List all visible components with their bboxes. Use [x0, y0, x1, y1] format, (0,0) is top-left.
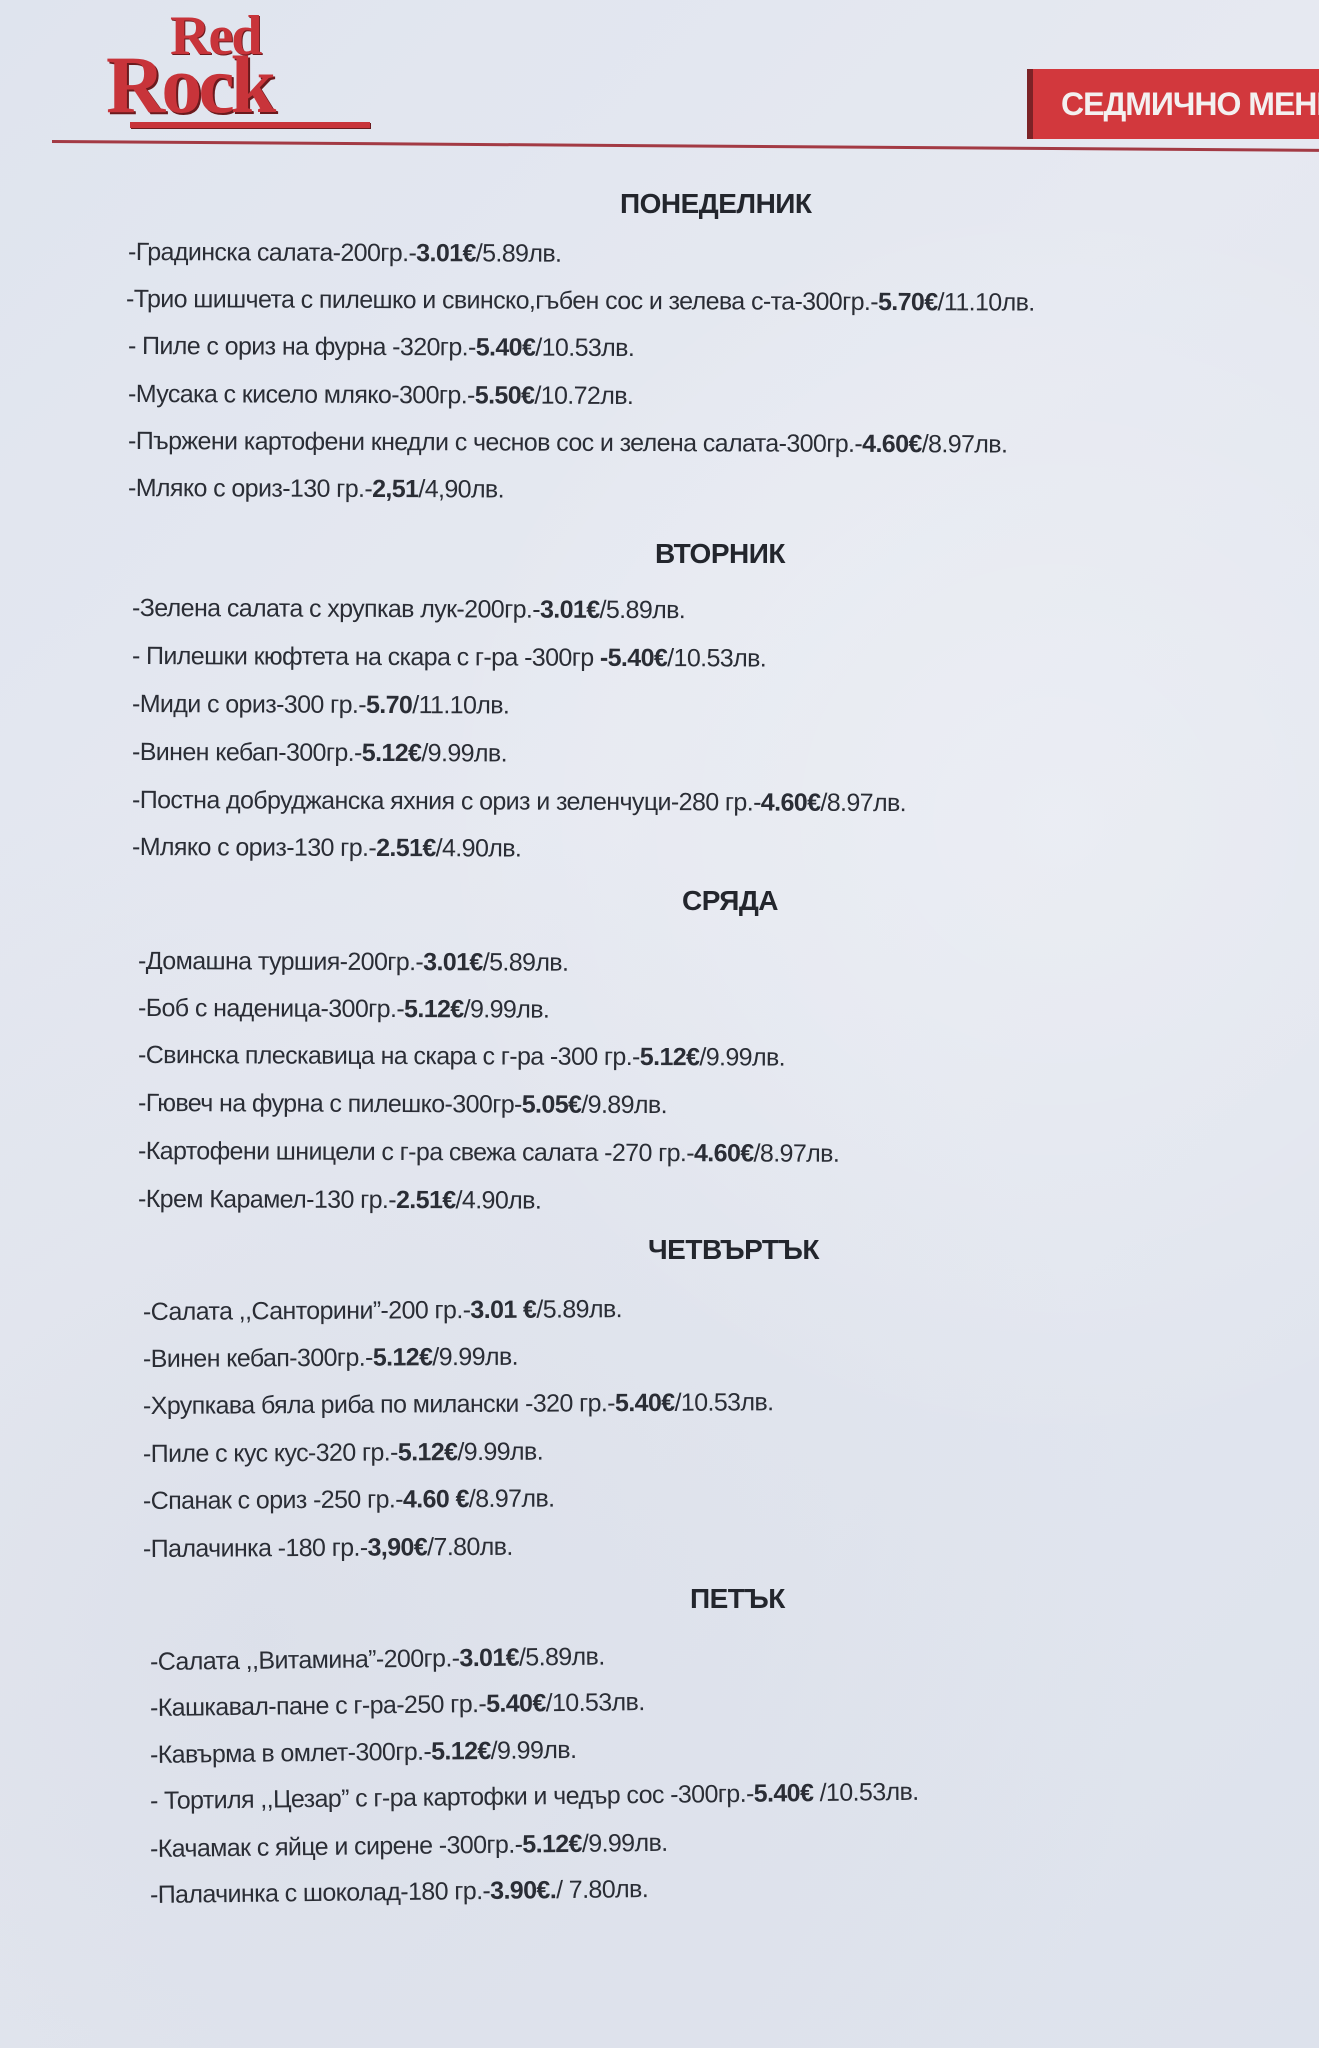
- price-bgn: /4,90лв.: [418, 475, 504, 503]
- price-bgn: /5.89лв.: [476, 239, 562, 267]
- day-title: СРЯДА: [682, 885, 778, 917]
- menu-item: -Боб с наденица-300гр.-5.12€/9.99лв.: [138, 994, 549, 1025]
- menu-item: -Салата ,,Санторини”-200 гр.-3.01 €/5.89…: [143, 1295, 622, 1327]
- menu-item: -Качамак с яйце и сирене -300гр.-5.12€/9…: [150, 1829, 668, 1864]
- menu-header: Red Rock СЕДМИЧНО МЕНЮ: [0, 0, 1319, 145]
- price-bgn: /5.89лв.: [600, 596, 686, 624]
- menu-item: -Кашкавал-пане с г-ра-250 гр.-5.40€/10.5…: [150, 1688, 645, 1723]
- logo-rock-text: Rock: [106, 38, 272, 132]
- price-bgn: /5.89лв.: [483, 948, 569, 976]
- price-eur: 4.60€: [862, 430, 922, 458]
- header-divider: [52, 140, 1319, 152]
- price-eur: 5.12€: [362, 739, 422, 767]
- dish-name: - Пилешки кюфтета на скара с г-ра -300гр: [132, 642, 600, 672]
- price-bgn: /11.10лв.: [938, 288, 1035, 316]
- price-bgn: /8.97лв.: [922, 430, 1008, 458]
- dish-name: -Мляко с ориз-130 гр.-: [132, 833, 376, 862]
- dish-name: -Боб с наденица-300гр.-: [138, 994, 404, 1023]
- price-bgn: /9.99лв.: [699, 1043, 785, 1071]
- price-bgn: /4.90лв.: [436, 834, 522, 862]
- dish-name: -Пиле с кус кус-320 гр.-: [143, 1438, 398, 1468]
- price-eur: 4.60 €: [403, 1485, 469, 1513]
- price-bgn: /8.97лв.: [754, 1139, 840, 1167]
- menu-item: -Картофени шницели с г-ра свежа салата -…: [138, 1137, 839, 1169]
- menu-item: -Палачинка -180 гр.-3,90€/7.80лв.: [143, 1533, 513, 1564]
- dish-name: -Кашкавал-пане с г-ра-250 гр.-: [150, 1690, 486, 1722]
- price-eur: 3.01 €: [470, 1296, 536, 1324]
- dish-name: -Мусака с кисело мляко-300гр.-: [128, 380, 475, 409]
- dish-name: -Свинска плескавица на скара с г-ра -300…: [138, 1041, 640, 1071]
- price-eur: 5.70: [366, 691, 412, 719]
- price-eur: 4.60€: [694, 1139, 754, 1167]
- dish-name: -Постна добруджанска яхния с ориз и зеле…: [132, 786, 761, 817]
- price-eur: 5.40€: [486, 1689, 546, 1718]
- dish-name: -Хрупкава бяла риба по милански -320 гр.…: [143, 1389, 615, 1420]
- price-bgn: /10.53лв.: [667, 644, 766, 672]
- dish-name: - Тортиля ,,Цезар” с г-ра картофки и чед…: [150, 1780, 754, 1815]
- menu-item: - Пиле с ориз на фурна -320гр.-5.40€/10.…: [128, 332, 634, 363]
- red-rock-logo: Red Rock: [100, 4, 370, 129]
- menu-item: -Пържени картофени кнедли с чеснов сос и…: [128, 427, 1007, 460]
- dish-name: -Палачинка с шоколад-180 гр.-: [150, 1877, 491, 1909]
- dish-name: -Градинска салата-200гр.-: [128, 238, 416, 267]
- dish-name: -Крем Карамел-130 гр.-: [138, 1185, 396, 1214]
- day-title: ЧЕТВЪРТЪК: [648, 1234, 819, 1266]
- dish-name: -Салата ,,Санторини”-200 гр.-: [143, 1296, 471, 1326]
- dish-name: - Пиле с ориз на фурна -320гр.-: [128, 332, 476, 361]
- menu-item: -Постна добруджанска яхния с ориз и зеле…: [132, 786, 906, 818]
- price-eur: -5.40€: [600, 644, 667, 672]
- dish-name: -Кавърма в омлет-300гр.-: [150, 1738, 431, 1769]
- price-eur: 5.12€: [398, 1438, 458, 1466]
- price-eur: 5.50€: [475, 381, 535, 409]
- price-eur: 5.12€: [640, 1043, 700, 1071]
- menu-item: - Тортиля ,,Цезар” с г-ра картофки и чед…: [150, 1778, 919, 1816]
- price-eur: 5.40€: [754, 1779, 814, 1808]
- price-eur: 3.01€: [459, 1644, 519, 1673]
- dish-name: -Картофени шницели с г-ра свежа салата -…: [138, 1137, 694, 1167]
- price-bgn: /7.80лв.: [427, 1533, 513, 1562]
- price-eur: 3.01€: [540, 596, 600, 624]
- menu-item: -Трио шишчета с пилешко и свинско,гъбен …: [126, 285, 1035, 318]
- price-bgn: /10.72лв.: [534, 382, 633, 410]
- price-eur: 3.01€: [423, 948, 483, 976]
- dish-name: -Миди с ориз-300 гр.-: [132, 690, 366, 719]
- price-bgn: /8.97лв.: [820, 789, 906, 817]
- dish-name: -Домашна туршия-200гр.-: [138, 947, 423, 976]
- dish-name: -Трио шишчета с пилешко и свинско,гъбен …: [126, 285, 878, 316]
- price-bgn: /9.99лв.: [582, 1829, 668, 1858]
- menu-item: -Винен кебап-300гр.-5.12€/9.99лв.: [132, 738, 507, 768]
- price-bgn: /10.53лв.: [546, 1688, 645, 1717]
- price-eur: 5.12€: [522, 1830, 582, 1859]
- menu-item: -Пиле с кус кус-320 гр.-5.12€/9.99лв.: [143, 1438, 543, 1469]
- price-bgn: /9.99лв.: [491, 1736, 577, 1765]
- dish-name: -Винен кебап-300гр.-: [143, 1344, 373, 1373]
- price-eur: 3,90€: [367, 1533, 427, 1561]
- price-eur: 5.12€: [373, 1343, 433, 1371]
- menu-item: -Крем Карамел-130 гр.-2.51€/4.90лв.: [138, 1185, 541, 1216]
- price-bgn: / 7.80лв.: [556, 1875, 648, 1904]
- menu-item: -Мляко с ориз-130 гр.-2.51€/4.90лв.: [132, 833, 521, 864]
- logo-underline: [130, 122, 370, 128]
- price-bgn: /5.89лв.: [519, 1643, 605, 1672]
- price-eur: 2.51€: [376, 834, 436, 862]
- price-bgn: /10.53лв.: [674, 1388, 773, 1417]
- price-eur: 5.12€: [404, 995, 464, 1023]
- price-eur: 2,51: [372, 475, 418, 503]
- dish-name: -Винен кебап-300гр.-: [132, 738, 362, 767]
- weekly-menu-badge: СЕДМИЧНО МЕНЮ: [1027, 69, 1319, 139]
- dish-name: -Пържени картофени кнедли с чеснов сос и…: [128, 427, 862, 458]
- price-bgn: /8.97лв.: [469, 1485, 555, 1514]
- dish-name: -Гювеч на фурна с пилешко-300гр-: [138, 1089, 522, 1119]
- price-eur: 2.51€: [396, 1186, 456, 1214]
- menu-item: -Свинска плескавица на скара с г-ра -300…: [138, 1041, 785, 1073]
- menu-item: -Мляко с ориз-130 гр.-2,51/4,90лв.: [128, 474, 504, 505]
- menu-item: -Спанак с ориз -250 гр.-4.60 €/8.97лв.: [143, 1485, 555, 1516]
- price-eur: 5.40€: [476, 333, 536, 361]
- dish-name: -Спанак с ориз -250 гр.-: [143, 1485, 403, 1515]
- price-eur: 5.70€: [878, 288, 938, 316]
- dish-name: -Салата ,,Витамина”-200гр.-: [150, 1644, 460, 1676]
- price-eur: 3.01€: [416, 239, 476, 267]
- price-bgn: /4.90лв.: [456, 1186, 542, 1214]
- price-bgn: /11.10лв.: [412, 691, 509, 719]
- price-eur: 5.12€: [431, 1737, 491, 1766]
- menu-item: -Зелена салата с хрупкав лук-200гр.-3.01…: [132, 594, 685, 625]
- menu-item: -Миди с ориз-300 гр.-5.70/11.10лв.: [132, 690, 509, 721]
- price-bgn: /5.89лв.: [536, 1295, 622, 1324]
- menu-item: -Домашна туршия-200гр.-3.01€/5.89лв.: [138, 947, 568, 978]
- menu-item: -Палачинка с шоколад-180 гр.-3.90€./ 7.8…: [150, 1875, 648, 1910]
- price-eur: 4.60€: [761, 789, 821, 817]
- day-title: ВТОРНИК: [655, 538, 785, 570]
- dish-name: -Палачинка -180 гр.-: [143, 1534, 368, 1563]
- menu-item: - Пилешки кюфтета на скара с г-ра -300гр…: [132, 642, 766, 674]
- price-bgn: /9.99лв.: [432, 1343, 518, 1372]
- dish-name: -Мляко с ориз-130 гр.-: [128, 474, 372, 503]
- menu-item: -Салата ,,Витамина”-200гр.-3.01€/5.89лв.: [150, 1643, 605, 1677]
- price-bgn: /9.99лв.: [421, 739, 507, 767]
- price-eur: 5.05€: [522, 1091, 582, 1119]
- price-eur: 3.90€.: [490, 1876, 556, 1905]
- price-bgn: /9.89лв.: [581, 1091, 667, 1119]
- menu-item: -Градинска салата-200гр.-3.01€/5.89лв.: [128, 238, 562, 269]
- menu-item: -Хрупкава бяла риба по милански -320 гр.…: [143, 1388, 774, 1421]
- dish-name: -Качамак с яйце и сирене -300гр.-: [150, 1831, 523, 1863]
- price-bgn: /10.53лв.: [813, 1778, 919, 1807]
- menu-item: -Мусака с кисело мляко-300гр.-5.50€/10.7…: [128, 380, 633, 411]
- dish-name: -Зелена салата с хрупкав лук-200гр.-: [132, 594, 540, 624]
- day-title: ПОНЕДЕЛНИК: [620, 188, 812, 220]
- price-bgn: /9.99лв.: [464, 995, 550, 1023]
- price-bgn: /10.53лв.: [535, 334, 634, 362]
- day-title: ПЕТЪК: [690, 1583, 785, 1615]
- menu-item: -Кавърма в омлет-300гр.-5.12€/9.99лв.: [150, 1736, 577, 1770]
- menu-item: -Винен кебап-300гр.-5.12€/9.99лв.: [143, 1343, 518, 1374]
- menu-item: -Гювеч на фурна с пилешко-300гр-5.05€/9.…: [138, 1089, 667, 1120]
- price-eur: 5.40€: [615, 1389, 675, 1417]
- price-bgn: /9.99лв.: [457, 1438, 543, 1467]
